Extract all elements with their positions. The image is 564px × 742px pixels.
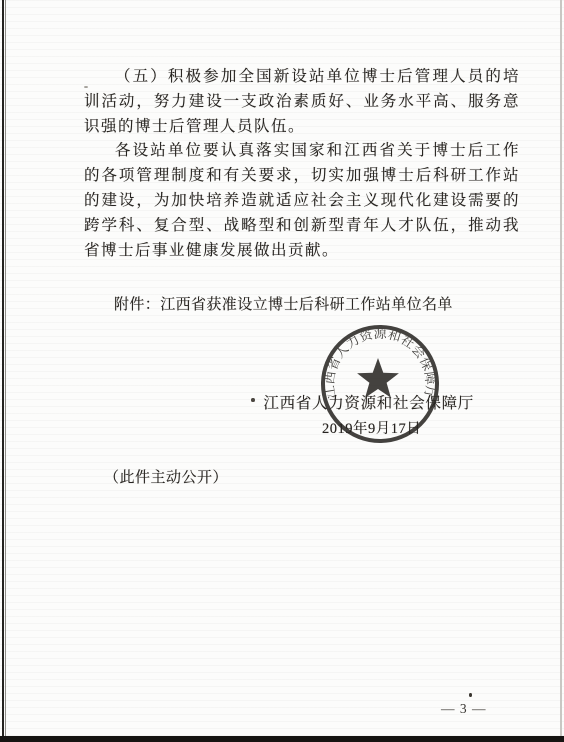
scan-edge-left-faint <box>5 0 6 742</box>
scan-edge-right <box>560 0 562 742</box>
disclosure-note: （此件主动公开） <box>104 466 228 487</box>
scanned-document-page: （五）积极参加全国新设站单位博士后管理人员的培训活动，努力建设一支政治素质好、业… <box>0 0 564 742</box>
issuer-signature: 江西省人力资源和社会保障厅 <box>250 391 474 413</box>
ink-speck <box>251 398 255 402</box>
page-number: — 3 — <box>441 701 487 717</box>
paragraph-requirements: 各设站单位要认真落实国家和江西省关于博士后工作的各项管理制度和有关要求，切实加强… <box>84 139 520 263</box>
scan-edge-left-dark <box>2 0 4 742</box>
document-body: （五）积极参加全国新设站单位博士后管理人员的培训活动，努力建设一支政治素质好、业… <box>84 65 520 263</box>
scan-edge-bottom <box>0 736 564 742</box>
issue-date: 2019年9月17日 <box>322 417 421 438</box>
paragraph-training: （五）积极参加全国新设站单位博士后管理人员的培训活动，努力建设一支政治素质好、业… <box>84 65 520 139</box>
ink-speck <box>84 86 88 88</box>
attachment-line: 附件：江西省获准设立博士后科研工作站单位名单 <box>84 293 544 314</box>
ink-speck <box>469 693 472 697</box>
